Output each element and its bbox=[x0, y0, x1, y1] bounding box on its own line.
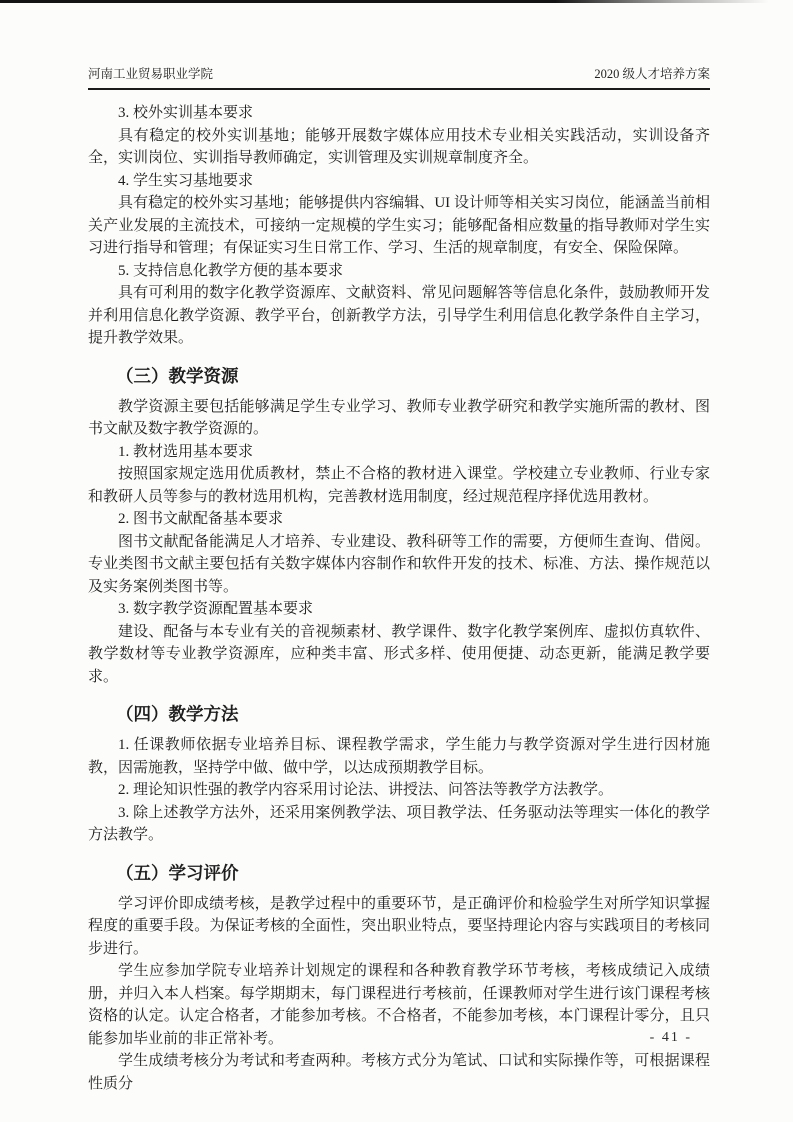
section-heading-learning-evaluation: （五）学习评价 bbox=[88, 861, 710, 885]
paragraph: 建设、配备与本专业有关的音视频素材、教学课件、数字化教学案例库、虚拟仿真软件、教… bbox=[88, 621, 710, 689]
paragraph: 3. 除上述教学方法外，还采用案例教学法、项目教学法、任务驱动法等理实一体化的教… bbox=[88, 802, 710, 847]
paragraph: 具有稳定的校外实训基地；能够开展数字媒体应用技术专业相关实践活动，实训设备齐全，… bbox=[88, 125, 710, 170]
paragraph: 具有可利用的数字化教学资源库、文献资料、常见问题解答等信息化条件，鼓励教师开发并… bbox=[88, 282, 710, 350]
section-heading-teaching-methods: （四）教学方法 bbox=[88, 702, 710, 726]
paragraph: 按照国家规定选用优质教材，禁止不合格的教材进入课堂。学校建立专业教师、行业专家和… bbox=[88, 463, 710, 508]
paragraph: 具有稳定的校外实习基地；能够提供内容编辑、UI 设计师等相关实习岗位，能涵盖当前… bbox=[88, 192, 710, 260]
paragraph: 学习评价即成绩考核，是教学过程中的重要环节，是正确评价和检验学生对所学知识掌握程… bbox=[88, 893, 710, 961]
paragraph: 图书文献配备能满足人才培养、专业建设、教科研等工作的需要，方便师生查询、借阅。专… bbox=[88, 531, 710, 599]
list-item-heading: 1. 教材选用基本要求 bbox=[88, 441, 710, 464]
paragraph: 教学资源主要包括能够满足学生专业学习、教师专业教学研究和教学实施所需的教材、图书… bbox=[88, 396, 710, 441]
list-item-heading: 3. 校外实训基本要求 bbox=[88, 102, 710, 125]
paragraph: 学生成绩考核分为考试和考查两种。考核方式分为笔试、口试和实际操作等，可根据课程性… bbox=[88, 1050, 710, 1095]
list-item-heading: 4. 学生实习基地要求 bbox=[88, 170, 710, 193]
list-item-heading: 2. 图书文献配备基本要求 bbox=[88, 508, 710, 531]
document-body: 3. 校外实训基本要求 具有稳定的校外实训基地；能够开展数字媒体应用技术专业相关… bbox=[88, 102, 710, 1095]
list-item-heading: 3. 数字教学资源配置基本要求 bbox=[88, 598, 710, 621]
section-heading-teaching-resources: （三）教学资源 bbox=[88, 364, 710, 388]
page-header: 河南工业贸易职业学院 2020 级人才培养方案 bbox=[88, 66, 710, 90]
header-school-name: 河南工业贸易职业学院 bbox=[88, 66, 213, 83]
scan-edge-artifact bbox=[0, 0, 793, 3]
header-doc-title: 2020 级人才培养方案 bbox=[594, 66, 710, 83]
page-number: - 41 - bbox=[88, 1030, 710, 1046]
document-page: 河南工业贸易职业学院 2020 级人才培养方案 3. 校外实训基本要求 具有稳定… bbox=[0, 0, 793, 1122]
list-item-heading: 5. 支持信息化教学方便的基本要求 bbox=[88, 260, 710, 283]
paragraph: 1. 任课教师依据专业培养目标、课程教学需求，学生能力与教学资源对学生进行因材施… bbox=[88, 734, 710, 779]
paragraph: 2. 理论知识性强的教学内容采用讨论法、讲授法、问答法等教学方法教学。 bbox=[88, 779, 710, 802]
